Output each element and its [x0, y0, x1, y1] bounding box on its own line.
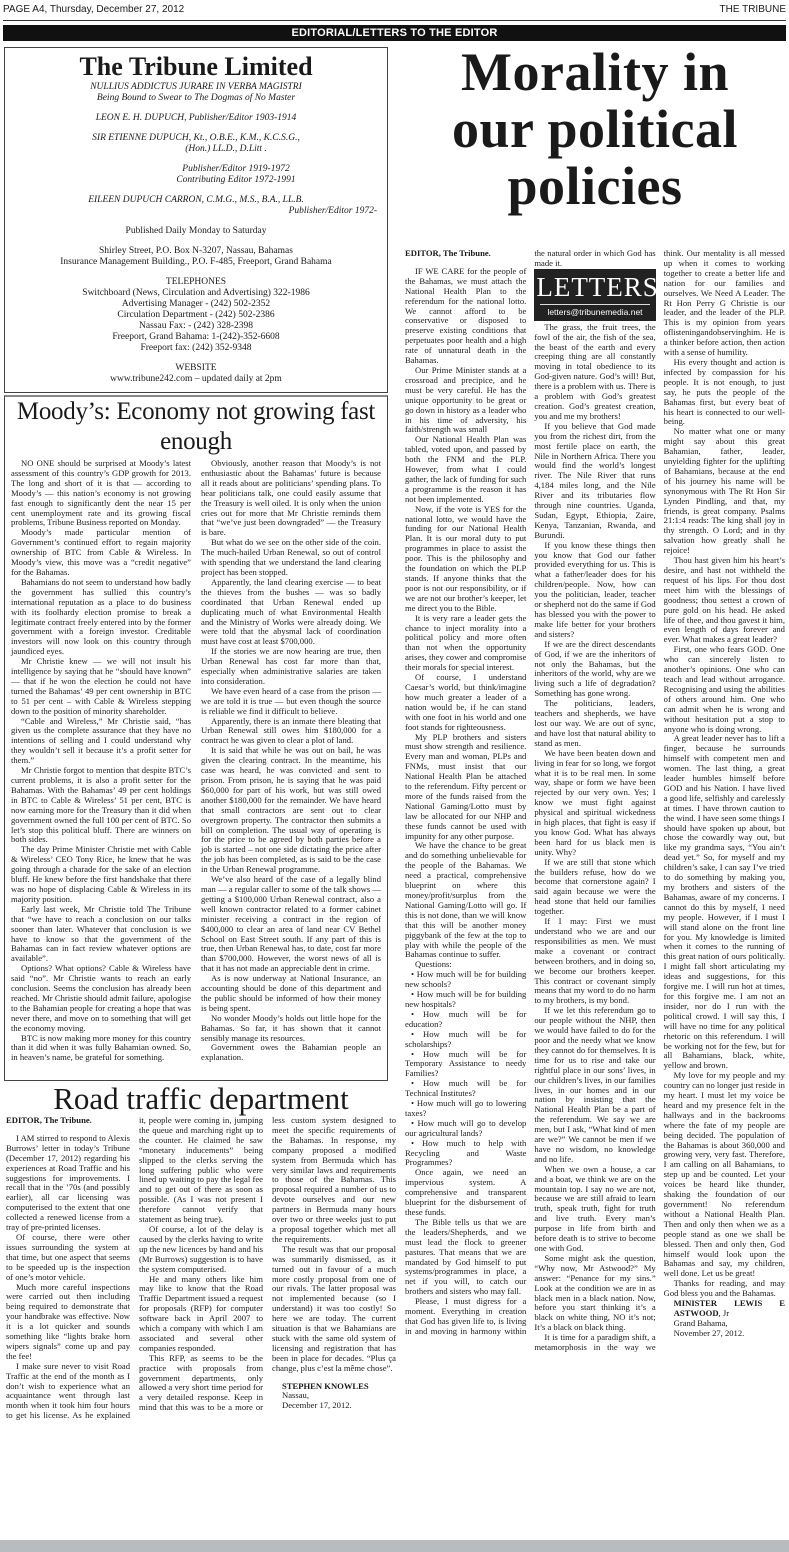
paragraph: The politicians, leaders, teachers and s… [534, 699, 655, 749]
signature-name: MINISTER LEWIS E ASTWOOD, Jr [664, 1299, 785, 1319]
letters-box: LETTERS letters@tribunemedia.net [534, 269, 655, 321]
paragraph: Of course, there were other issues surro… [6, 1233, 130, 1283]
question-item: • How much will go to develop our agricu… [405, 1119, 526, 1139]
paragraph: Thou hast given him his heart’s desire, … [664, 556, 785, 645]
question-item: • How much to help with Recycling and Wa… [405, 1139, 526, 1169]
sir-etienne-role2: Contributing Editor 1972-1991 [5, 175, 387, 186]
road-traffic-body: EDITOR, The Tribune. I AM stirred to res… [4, 1116, 398, 1421]
paragraph: NO ONE should be surprised at Moody’s la… [11, 459, 191, 528]
eileen-line2: Publisher/Editor 1972- [5, 206, 387, 217]
page-footer-band [0, 1540, 789, 1552]
paragraph: Now, if the vote is YES for the national… [405, 505, 526, 614]
paragraph: “Cable and Wireless,” Mr Christie said, … [11, 717, 191, 767]
paragraph: We’ve also heard of the case of a legall… [201, 875, 381, 974]
paragraph: Options? What options? Cable & Wireless … [11, 964, 191, 1033]
paragraph: He and many others like him may like to … [139, 1275, 263, 1354]
masthead-box: The Tribune Limited NULLIUS ADDICTUS JUR… [4, 47, 388, 393]
paragraph: The Bible tells us that we are the leade… [405, 1218, 526, 1297]
paragraph: His every thought and action is infected… [664, 358, 785, 427]
phone-line: Nassau Fax: - (242) 328-2398 [5, 321, 387, 332]
paragraph: Mr Christie forgot to mention that despi… [11, 766, 191, 845]
paragraph: Apparently, the land clearing exercise —… [201, 578, 381, 647]
paragraph: My PLP brothers and sisters must show st… [405, 733, 526, 842]
question-item: • How much will be for Temporary Assista… [405, 1050, 526, 1080]
paragraph: Thanks for reading, and may God bless yo… [664, 1279, 785, 1299]
road-traffic-letter: Road traffic department EDITOR, The Trib… [4, 1082, 398, 1537]
paragraph: If we are still that stone which the bui… [534, 858, 655, 917]
address-nassau: Shirley Street, P.O. Box N-3207, Nassau,… [5, 246, 387, 257]
paragraph: As is now underway at National Insurance… [201, 974, 381, 1014]
letters-email-link[interactable]: letters@tribunemedia.net [536, 308, 653, 318]
paragraph: Apparently, there is an inmate there ble… [201, 717, 381, 747]
paragraph: First, one who fears GOD. One who can si… [664, 645, 785, 734]
paragraph: We have even heard of a case from the pr… [201, 687, 381, 717]
paragraph: If the stories we are now hearing are tr… [201, 647, 381, 687]
signature-date: November 27, 2012. [664, 1329, 785, 1339]
morality-letter-body: EDITOR, The Tribune. IF WE CARE for the … [405, 249, 785, 1539]
morality-headline: Morality in our political policies [405, 44, 785, 215]
headline-line: our political [405, 101, 785, 158]
paragraph: A great leader never has to lift a finge… [664, 734, 785, 1071]
headline-line: policies [405, 158, 785, 215]
road-traffic-headline: Road traffic department [4, 1082, 398, 1116]
editorial-body: NO ONE should be surprised at Moody’s la… [5, 457, 387, 1063]
paragraph: The result was that our proposal was sum… [272, 1245, 396, 1374]
question-item: • How much will be for building new hosp… [405, 990, 526, 1010]
paragraph: The day Prime Minister Christie met with… [11, 845, 191, 904]
paragraph: Some might ask the question, “Why now, M… [534, 1254, 655, 1333]
paragraph: If you know these things then you know t… [534, 541, 655, 640]
published-schedule: Published Daily Monday to Saturday [5, 226, 387, 237]
masthead-title: The Tribune Limited [5, 52, 387, 82]
paragraph: But what do we see on the other side of … [201, 538, 381, 578]
paragraph: Our National Health Plan was tabled, vot… [405, 435, 526, 504]
paragraph: Our Prime Minister stands at a crossroad… [405, 366, 526, 435]
paragraph: Early last week, Mr Christie told The Tr… [11, 905, 191, 964]
page-header: PAGE A4, Thursday, December 27, 2012 THE… [3, 4, 786, 18]
paragraph: Of course, a lot of the delay is caused … [139, 1225, 263, 1275]
telephones-label: TELEPHONES [5, 277, 387, 288]
salutation: EDITOR, The Tribune. [6, 1116, 130, 1126]
letters-divider [540, 304, 649, 305]
founder-line: LEON E. H. DUPUCH, Publisher/Editor 1903… [5, 113, 387, 124]
paragraph: Obviously, another reason that Moody’s i… [201, 459, 381, 538]
paragraph: If we are the direct descendants of God,… [534, 640, 655, 699]
motto-latin: NULLIUS ADDICTUS JURARE IN VERBA MAGISTR… [5, 82, 387, 93]
letters-title: LETTERS [536, 273, 653, 301]
paragraph: If we let this referendum go to our peop… [534, 1006, 655, 1165]
website-label: WEBSITE [5, 363, 387, 374]
eileen-line1: EILEEN DUPUCH CARRON, C.M.G., M.S., B.A.… [5, 195, 387, 206]
paragraph: Of course, I understand Caesar’s world, … [405, 673, 526, 732]
paragraph: No matter what one or many might say abo… [664, 427, 785, 556]
question-item: • How much will be for education? [405, 1010, 526, 1030]
sir-etienne-line1: SIR ETIENNE DUPUCH, Kt., O.B.E., K.M., K… [5, 133, 387, 144]
paragraph: The grass, the fruit trees, the fowl of … [534, 323, 655, 422]
paragraph: If I may: First we must understand who w… [534, 917, 655, 1006]
headline-line: Morality in [405, 44, 785, 101]
paragraph: Government owes the Bahamian people an e… [201, 1043, 381, 1063]
phone-line: Circulation Department - (242) 502-2386 [5, 310, 387, 321]
paragraph: BTC is now making more money for this co… [11, 1034, 191, 1064]
paragraph: Moody’s made particular mention of Gover… [11, 528, 191, 578]
question-item: • How much will be for scholarships? [405, 1030, 526, 1050]
signature-date: December 17, 2012. [272, 1401, 396, 1411]
editorial-article: Moody’s: Economy not growing fast enough… [4, 395, 388, 1081]
phone-line: Freeport, Grand Bahama: 1-(242)-352-6608 [5, 332, 387, 343]
phone-line: Switchboard (News, Circulation and Adver… [5, 288, 387, 299]
paragraph: It is very rare a leader gets the chance… [405, 614, 526, 673]
website-url[interactable]: www.tribune242.com – updated daily at 2p… [5, 374, 387, 385]
paragraph: Bahamians do not seem to understand how … [11, 578, 191, 657]
paragraph: When we own a house, a car and a boat, w… [534, 1165, 655, 1254]
sir-etienne-line2: (Hon.) LL.D., D.Litt . [5, 144, 387, 155]
paragraph: Much more careful inspections were carri… [6, 1283, 130, 1362]
page-date: PAGE A4, Thursday, December 27, 2012 [3, 4, 184, 15]
salutation: EDITOR, The Tribune. [405, 249, 526, 259]
header-rule [3, 20, 786, 21]
paragraph: If you believe that God made you from th… [534, 422, 655, 541]
paragraph: Once again, we need an impervious system… [405, 1168, 526, 1218]
paragraph: We have been beaten down and living in f… [534, 749, 655, 858]
paragraph: It is said that while he was out on bail… [201, 746, 381, 875]
phone-line: Freeport fax: (242) 352-9348 [5, 343, 387, 354]
section-banner: EDITORIAL/LETTERS TO THE EDITOR [3, 25, 786, 41]
question-item: • How much will be for Technical Institu… [405, 1079, 526, 1099]
question-item: • How much will go to lowering taxes? [405, 1099, 526, 1119]
paragraph: My love for my people and my country can… [664, 1071, 785, 1279]
question-item: • How much will be for building new scho… [405, 970, 526, 990]
paragraph: I AM stirred to respond to Alexis Burrow… [6, 1134, 130, 1233]
address-freeport: Insurance Management Building., P.O. F-4… [5, 257, 387, 268]
editorial-headline: Moody’s: Economy not growing fast enough [5, 397, 387, 457]
paragraph: We have the chance to be great and do so… [405, 841, 526, 960]
paragraph: No wonder Moody’s holds out little hope … [201, 1014, 381, 1044]
paragraph: IF WE CARE for the people of the Bahamas… [405, 267, 526, 366]
paragraph: Mr Christie knew — we will not insult hi… [11, 657, 191, 716]
publication-name: THE TRIBUNE [720, 4, 787, 15]
phone-line: Advertising Manager - (242) 502-2352 [5, 299, 387, 310]
motto-english: Being Bound to Swear to The Dogmas of No… [5, 93, 387, 104]
sir-etienne-role1: Publisher/Editor 1919-1972 [5, 164, 387, 175]
